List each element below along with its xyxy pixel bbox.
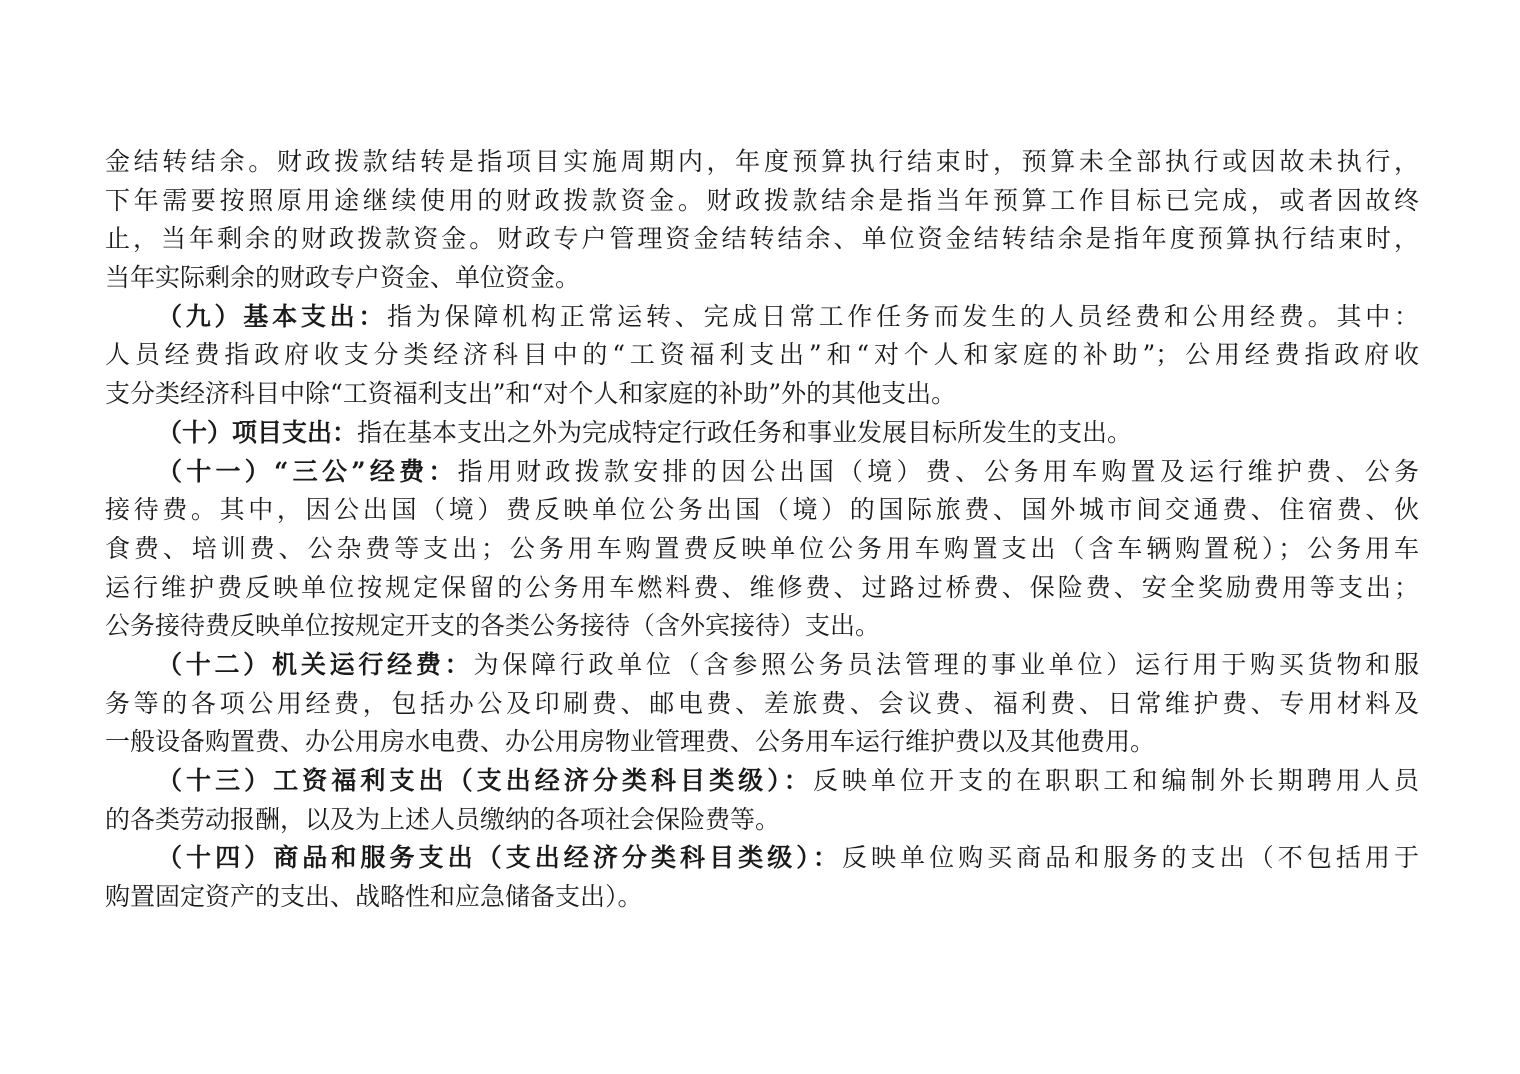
text-line: （十二）机关运行经费：为保障行政单位（含参照公务员法管理的事业单位）运行用于购买… <box>105 646 1419 685</box>
text-line: 务等的各项公用经费，包括办公及印刷费、邮电费、差旅费、会议费、福利费、日常维护费… <box>105 685 1419 724</box>
text-line: 运行维护费反映单位按规定保留的公务用车燃料费、维修费、过路过桥费、保险费、安全奖… <box>105 569 1419 608</box>
text-line: 下年需要按照原用途继续使用的财政拨款资金。财政拨款结余是指当年预算工作目标已完成… <box>105 182 1419 221</box>
text-line: 人员经费指政府收支分类经济科目中的“工资福利支出”和“对个人和家庭的补助”；公用… <box>105 336 1419 375</box>
section-heading: （十四）商品和服务支出（支出经济分类科目类级）： <box>157 843 842 872</box>
text-line: 接待费。其中，因公出国（境）费反映单位公务出国（境）的国际旅费、国外城市间交通费… <box>105 491 1419 530</box>
text-line-body: 指在基本支出之外为完成特定行政任务和事业发展目标所发生的支出。 <box>357 418 1132 447</box>
text-line: 支分类经济科目中除“工资福利支出”和“对个人和家庭的补助”外的其他支出。 <box>105 375 1419 414</box>
paragraph-agency-operating-expenses: （十二）机关运行经费：为保障行政单位（含参照公务员法管理的事业单位）运行用于购买… <box>105 646 1419 762</box>
text-line: 购置固定资产的支出、战略性和应急储备支出）。 <box>105 878 1419 917</box>
text-line: 的各类劳动报酬，以及为上述人员缴纳的各项社会保险费等。 <box>105 801 1419 840</box>
paragraph-carryover-continued: 金结转结余。财政拨款结转是指项目实施周期内，年度预算执行结束时，预算未全部执行或… <box>105 143 1419 298</box>
section-heading: （十一）“三公”经费： <box>157 457 458 486</box>
text-line: 一般设备购置费、办公用房水电费、办公用房物业管理费、公务用车运行维护费以及其他费… <box>105 723 1419 762</box>
document-page: 金结转结余。财政拨款结转是指项目实施周期内，年度预算执行结束时，预算未全部执行或… <box>105 143 1419 917</box>
text-line: （十三）工资福利支出（支出经济分类科目类级）：反映单位开支的在职职工和编制外长期… <box>105 762 1419 801</box>
section-heading: （十）项目支出： <box>157 418 357 447</box>
paragraph-goods-services-expenditure: （十四）商品和服务支出（支出经济分类科目类级）：反映单位购买商品和服务的支出（不… <box>105 839 1419 916</box>
paragraph-basic-expenditure: （九）基本支出：指为保障机构正常运转、完成日常工作任务而发生的人员经费和公用经费… <box>105 298 1419 414</box>
text-line: 食费、培训费、公杂费等支出；公务用车购置费反映单位公务用车购置支出（含车辆购置税… <box>105 530 1419 569</box>
text-line: （十四）商品和服务支出（支出经济分类科目类级）：反映单位购买商品和服务的支出（不… <box>105 839 1419 878</box>
text-line-body: 指用财政拨款安排的因公出国（境）费、公务用车购置及运行维护费、公务 <box>458 457 1419 486</box>
text-line: 止，当年剩余的财政拨款资金。财政专户管理资金结转结余、单位资金结转结余是指年度预… <box>105 220 1419 259</box>
paragraph-project-expenditure: （十）项目支出：指在基本支出之外为完成特定行政任务和事业发展目标所发生的支出。 <box>105 414 1419 453</box>
text-line: 金结转结余。财政拨款结转是指项目实施周期内，年度预算执行结束时，预算未全部执行或… <box>105 143 1419 182</box>
text-line: 当年实际剩余的财政专户资金、单位资金。 <box>105 259 1419 298</box>
paragraph-three-public-expenses: （十一）“三公”经费：指用财政拨款安排的因公出国（境）费、公务用车购置及运行维护… <box>105 453 1419 646</box>
text-line-body: 反映单位开支的在职职工和编制外长期聘用人员 <box>813 766 1419 795</box>
text-line: （九）基本支出：指为保障机构正常运转、完成日常工作任务而发生的人员经费和公用经费… <box>105 298 1419 337</box>
text-line-body: 反映单位购买商品和服务的支出（不包括用于 <box>842 843 1419 872</box>
paragraph-salary-welfare-expenditure: （十三）工资福利支出（支出经济分类科目类级）：反映单位开支的在职职工和编制外长期… <box>105 762 1419 839</box>
text-line: （十）项目支出：指在基本支出之外为完成特定行政任务和事业发展目标所发生的支出。 <box>105 414 1419 453</box>
section-heading: （九）基本支出： <box>157 302 387 331</box>
text-line-body: 为保障行政单位（含参照公务员法管理的事业单位）运行用于购买货物和服 <box>473 650 1419 679</box>
text-line-body: 指为保障机构正常运转、完成日常工作任务而发生的人员经费和公用经费。其中： <box>387 302 1419 331</box>
text-line: 公务接待费反映单位按规定开支的各类公务接待（含外宾接待）支出。 <box>105 607 1419 646</box>
section-heading: （十三）工资福利支出（支出经济分类科目类级）： <box>157 766 813 795</box>
text-line: （十一）“三公”经费：指用财政拨款安排的因公出国（境）费、公务用车购置及运行维护… <box>105 453 1419 492</box>
section-heading: （十二）机关运行经费： <box>157 650 473 679</box>
